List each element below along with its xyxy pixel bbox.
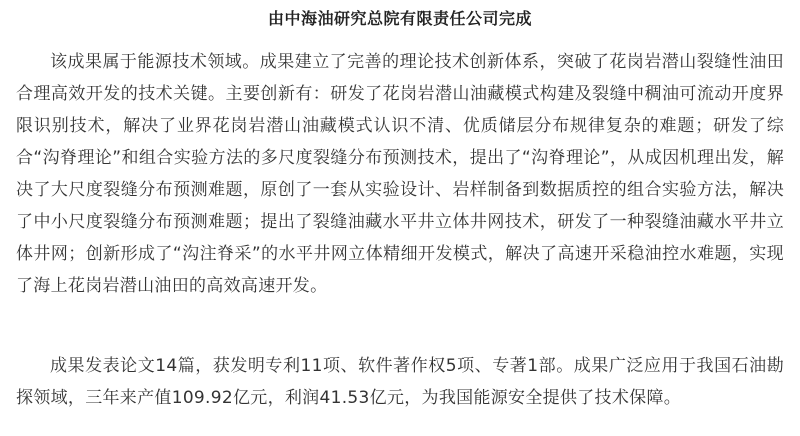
paragraph-summary: 该成果属于能源技术领域。成果建立了完善的理论技术创新体系，突破了花岗岩潜山裂缝性… [16,46,784,302]
paragraph-results: 成果发表论文14篇，获发明专利11项、软件著作权5项、专著1部。成果广泛应用于我… [16,350,784,414]
document-title: 由中海油研究总院有限责任公司完成 [0,8,800,30]
